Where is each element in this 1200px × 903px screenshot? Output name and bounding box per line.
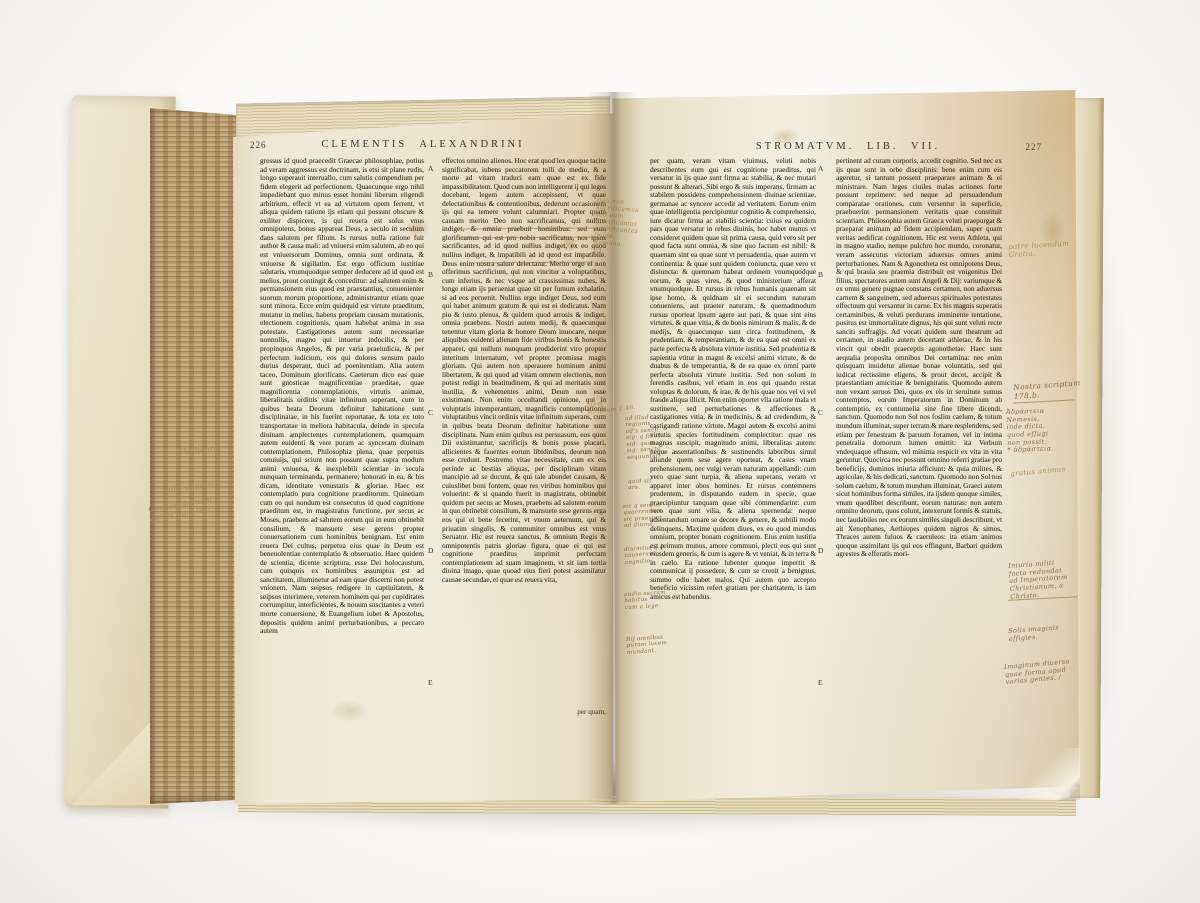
left-page-section-letters: ABCDE	[428, 158, 442, 723]
left-page-number: 226	[250, 140, 267, 150]
page-block-fore-edge	[150, 104, 240, 804]
section-letter: E	[428, 678, 433, 687]
section-letter: C	[818, 408, 823, 417]
photograph-of-open-book: 226 CLEMENTIS ALEXANDRINI gressus id quo…	[0, 0, 1200, 903]
left-page-column-2: effectos omnino alienos. Hoc erat quod l…	[442, 157, 606, 722]
right-page-column-2: pertinent ad curam corporis, accedit cog…	[836, 157, 1002, 717]
section-letter: B	[428, 270, 433, 279]
section-letter: C	[428, 408, 433, 417]
section-letter: D	[818, 546, 823, 555]
left-page-header: 226 CLEMENTIS ALEXANDRINI	[248, 139, 598, 155]
section-letter: D	[428, 546, 433, 555]
catchword: per quam,	[536, 708, 606, 716]
right-page-column-1: per quam, veram vitam viuimus, veluti no…	[650, 157, 816, 717]
left-running-title: CLEMENTIS ALEXANDRINI	[248, 139, 598, 150]
right-page-number: 227	[1026, 142, 1043, 152]
left-page-column-1: gressus id quod praecedit Graecae philos…	[260, 157, 424, 722]
section-letter: E	[818, 678, 823, 687]
right-page-header: STROMATVM. LIB. VII. 227	[648, 141, 1048, 157]
right-page-section-letters: ABCDE	[818, 158, 832, 718]
page-corner-curl	[1020, 748, 1080, 800]
section-letter: A	[428, 164, 433, 173]
section-letter: A	[818, 164, 823, 173]
section-letter: B	[818, 270, 823, 279]
right-running-title: STROMATVM. LIB. VII.	[648, 141, 1048, 152]
